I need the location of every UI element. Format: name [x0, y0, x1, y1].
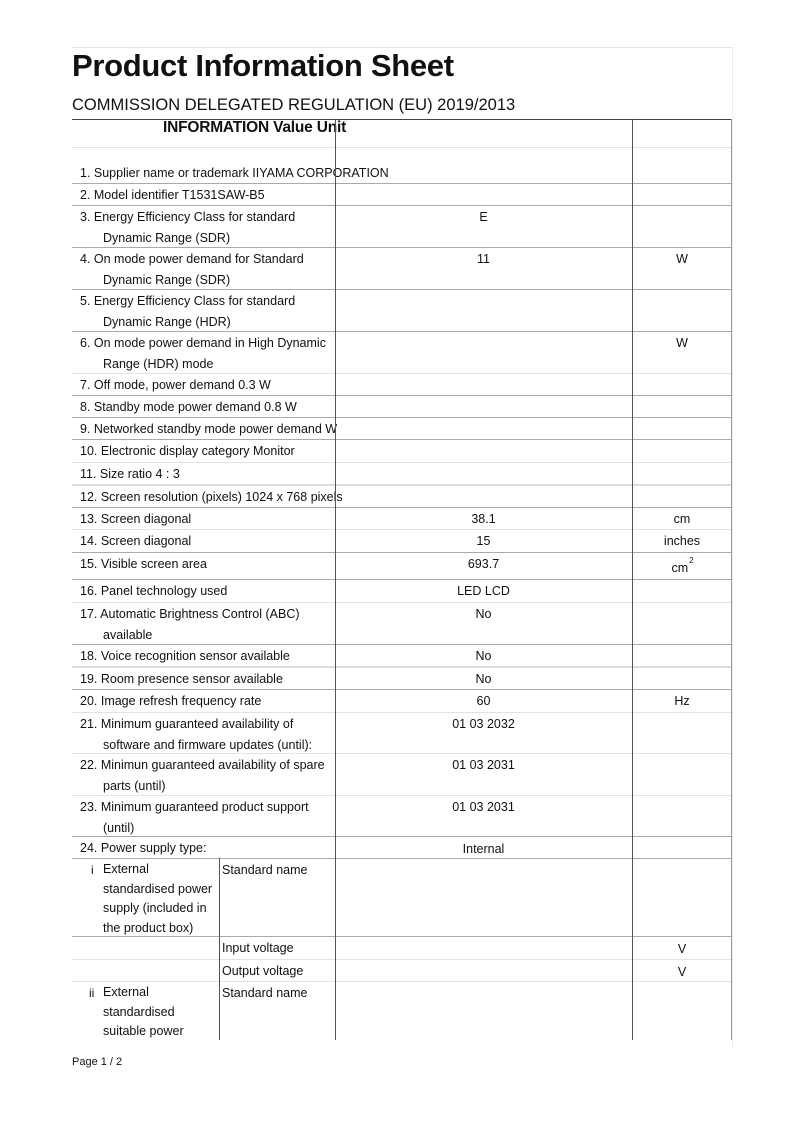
row-label: 7. Off mode, power demand 0.3 W [80, 375, 271, 396]
row-value: 01 03 2031 [335, 797, 632, 818]
table-row: 20. Image refresh frequency rate 60 Hz [72, 690, 732, 713]
row-label: 12. Screen resolution (pixels) 1024 x 76… [80, 487, 343, 508]
row-label: 16. Panel technology used [80, 581, 227, 602]
row-value: 693.7 [335, 554, 632, 575]
row-value: 60 [335, 691, 632, 712]
row-unit: W [632, 333, 732, 354]
table-row: 3. Energy Efficiency Class for standardD… [72, 206, 732, 248]
document-title: Product Information Sheet [72, 48, 454, 84]
table-right-border [731, 119, 732, 1040]
table-row: 23. Minimum guaranteed product support(u… [72, 796, 732, 837]
input-voltage-row: Input voltage V [72, 937, 732, 960]
row-label: 13. Screen diagonal [80, 509, 191, 530]
table-row: 18. Voice recognition sensor available N… [72, 645, 732, 668]
table-row: 2. Model identifier T1531SAW-B5 [72, 184, 732, 206]
table-row: 14. Screen diagonal 15 inches [72, 530, 732, 553]
row-value: 15 [335, 531, 632, 552]
row-label: 20. Image refresh frequency rate [80, 691, 261, 712]
table-row: 10. Electronic display category Monitor [72, 440, 732, 463]
power-supply-i-label: External standardised power supply (incl… [103, 860, 212, 938]
input-voltage-unit: V [632, 939, 732, 960]
row-unit: W [632, 249, 732, 270]
table-row: 19. Room presence sensor available No [72, 668, 732, 690]
row-value: 38.1 [335, 509, 632, 530]
output-voltage-row: Output voltage V [72, 960, 732, 982]
row-value: LED LCD [335, 581, 632, 602]
row-label: 9. Networked standby mode power demand W [80, 419, 337, 440]
table-row: 1. Supplier name or trademark IIYAMA COR… [72, 148, 732, 184]
row-value: 01 03 2032 [335, 714, 632, 735]
row-value: No [335, 604, 632, 625]
table-row: 13. Screen diagonal 38.1 cm [72, 508, 732, 530]
row-label: 15. Visible screen area [80, 554, 207, 575]
table-row: 9. Networked standby mode power demand W [72, 418, 732, 440]
document-subtitle: COMMISSION DELEGATED REGULATION (EU) 201… [72, 96, 515, 115]
row-unit: cm [632, 509, 732, 530]
power-supply-i-row: i External standardised power supply (in… [72, 859, 732, 937]
row-label: 23. Minimum guaranteed product support(u… [80, 797, 309, 838]
output-voltage-unit: V [632, 962, 732, 983]
table-row: 5. Energy Efficiency Class for standardD… [72, 290, 732, 332]
table-row: 15. Visible screen area 693.7 cm2 [72, 553, 732, 580]
row-label: 22. Minimun guaranteed availability of s… [80, 755, 325, 796]
power-supply-ii-label: External standardised suitable power [103, 983, 184, 1042]
column-divider-unit [632, 119, 633, 1040]
table-row: 12. Screen resolution (pixels) 1024 x 76… [72, 486, 732, 508]
row-value: 11 [335, 249, 632, 270]
column-divider-sub [219, 858, 220, 1040]
row-value: No [335, 646, 632, 667]
sub-marker-ii: ii [89, 986, 94, 1000]
row-label: 10. Electronic display category Monitor [80, 441, 295, 462]
table-row: 16. Panel technology used LED LCD [72, 580, 732, 603]
sub-marker-i: i [91, 863, 94, 877]
input-voltage-label: Input voltage [222, 938, 294, 959]
power-supply-ii-row: ii External standardised suitable power … [72, 982, 732, 1040]
row-label: 17. Automatic Brightness Control (ABC)av… [80, 604, 300, 645]
row-label: 14. Screen diagonal [80, 531, 191, 552]
row-label: 24. Power supply type: [80, 838, 206, 859]
row-label: 5. Energy Efficiency Class for standardD… [80, 291, 295, 332]
row-label: 8. Standby mode power demand 0.8 W [80, 397, 297, 418]
row-label: 4. On mode power demand for StandardDyna… [80, 249, 304, 290]
row-unit: Hz [632, 691, 732, 712]
row-label: 6. On mode power demand in High DynamicR… [80, 333, 326, 374]
standard-name-label: Standard name [222, 860, 307, 881]
row-label: 19. Room presence sensor available [80, 669, 283, 690]
table-row: 4. On mode power demand for StandardDyna… [72, 248, 732, 290]
row-value: No [335, 669, 632, 690]
standard-name-label: Standard name [222, 983, 307, 1004]
table-row: 24. Power supply type: Internal [72, 837, 732, 859]
row-value: 01 03 2031 [335, 755, 632, 776]
row-value: Internal [335, 839, 632, 860]
row-value: E [335, 207, 632, 228]
table-row: 7. Off mode, power demand 0.3 W [72, 374, 732, 396]
page-indicator: Page 1 / 2 [72, 1056, 122, 1068]
row-label: 18. Voice recognition sensor available [80, 646, 290, 667]
column-divider-value [335, 119, 336, 1040]
table-row: 8. Standby mode power demand 0.8 W [72, 396, 732, 418]
table-row: 11. Size ratio 4 : 3 [72, 463, 732, 486]
row-label: 11. Size ratio 4 : 3 [80, 464, 180, 485]
row-label: 3. Energy Efficiency Class for standardD… [80, 207, 295, 248]
row-unit: cm2 [632, 558, 732, 581]
row-label: 1. Supplier name or trademark IIYAMA COR… [80, 163, 389, 184]
output-voltage-label: Output voltage [222, 961, 303, 982]
table-row: 21. Minimum guaranteed availability ofso… [72, 713, 732, 754]
row-unit: inches [632, 531, 732, 552]
header-row [72, 119, 732, 148]
table-row: 22. Minimun guaranteed availability of s… [72, 754, 732, 796]
row-label: 21. Minimum guaranteed availability ofso… [80, 714, 312, 755]
row-label: 2. Model identifier T1531SAW-B5 [80, 185, 265, 206]
table-row: 6. On mode power demand in High DynamicR… [72, 332, 732, 374]
table-row: 17. Automatic Brightness Control (ABC)av… [72, 603, 732, 645]
